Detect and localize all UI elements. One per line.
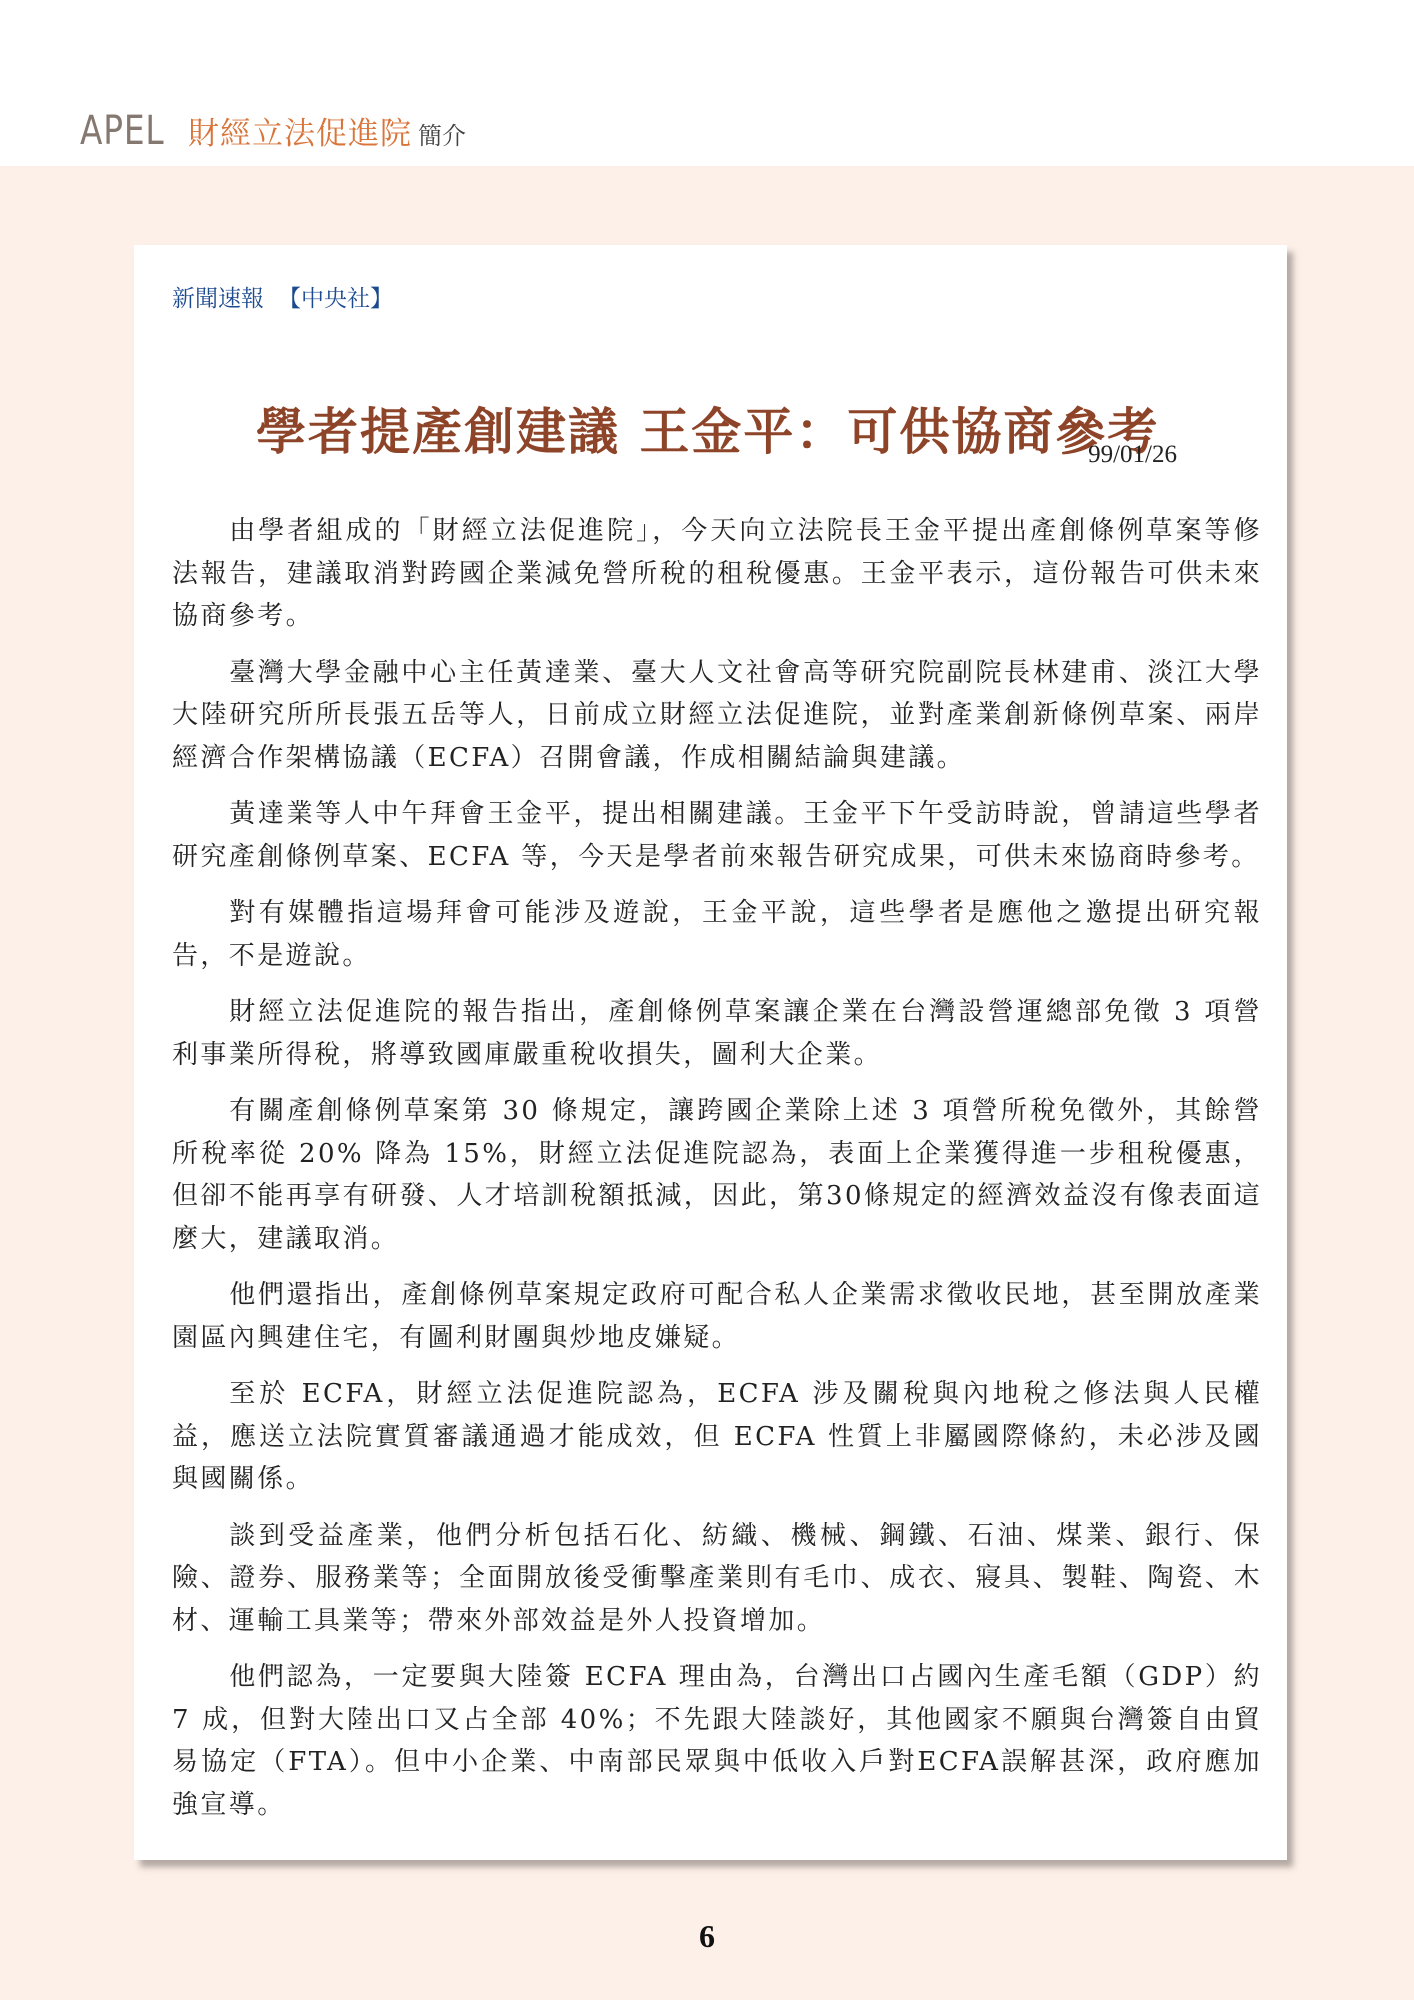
article-date: 99/01/26 xyxy=(1088,441,1177,469)
paragraph: 他們認為，一定要與大陸簽 ECFA 理由為，台灣出口占國內生產毛額（GDP）約 … xyxy=(172,1656,1262,1826)
article-body: 由學者組成的「財經立法促進院」，今天向立法院長王金平提出產創條例草案等修法報告，… xyxy=(172,510,1262,1840)
paragraph: 由學者組成的「財經立法促進院」，今天向立法院長王金平提出產創條例草案等修法報告，… xyxy=(172,510,1262,638)
paragraph: 黃達業等人中午拜會王金平，提出相關建議。王金平下午受訪時說，曾請這些學者研究產創… xyxy=(172,793,1262,878)
brand-header: APEL 財經立法促進院 簡介 xyxy=(80,108,466,158)
news-agency: 【中央社】 xyxy=(278,286,393,312)
paragraph: 至於 ECFA，財經立法促進院認為，ECFA 涉及關稅與內地稅之修法與人民權益，… xyxy=(172,1373,1262,1501)
paragraph: 有關產創條例草案第 30 條規定，讓跨國企業除上述 3 項營所稅免徵外，其餘營所… xyxy=(172,1090,1262,1260)
paragraph: 臺灣大學金融中心主任黃達業、臺大人文社會高等研究院副院長林建甫、淡江大學大陸研究… xyxy=(172,652,1262,780)
paragraph: 他們還指出，產創條例草案規定政府可配合私人企業需求徵收民地，甚至開放產業園區內興… xyxy=(172,1274,1262,1359)
paragraph: 財經立法促進院的報告指出，產創條例草案讓企業在台灣設營運總部免徵 3 項營利事業… xyxy=(172,991,1262,1076)
paragraph: 對有媒體指這場拜會可能涉及遊說，王金平說，這些學者是應他之邀提出研究報告，不是遊… xyxy=(172,892,1262,977)
section-label: 新聞速報 xyxy=(172,286,264,312)
news-source-label: 新聞速報【中央社】 xyxy=(172,280,393,313)
page-number: 6 xyxy=(0,1918,1414,1955)
article-card: 新聞速報【中央社】 學者提產創建議 王金平：可供協商參考 99/01/26 由學… xyxy=(134,245,1287,1860)
paragraph: 談到受益產業，他們分析包括石化、紡織、機械、鋼鐵、石油、煤業、銀行、保險、證券、… xyxy=(172,1515,1262,1643)
article-title: 學者提產創建議 王金平：可供協商參考 xyxy=(256,397,1180,467)
brand-suffix: 簡介 xyxy=(418,116,466,151)
brand-name: 財經立法促進院 xyxy=(188,108,412,153)
brand-abbreviation: APEL xyxy=(80,108,159,154)
